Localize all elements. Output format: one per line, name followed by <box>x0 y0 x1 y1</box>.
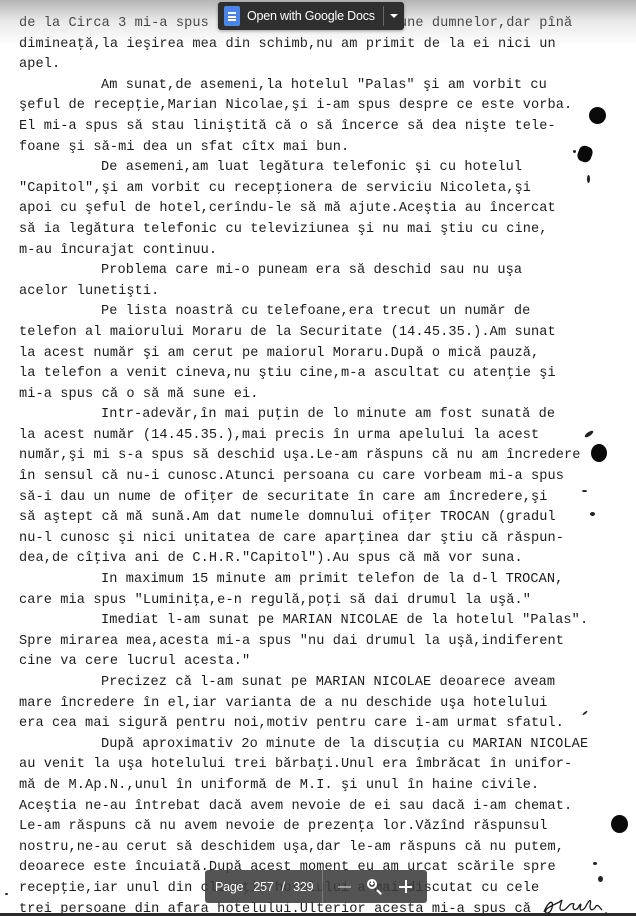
zoom-controls <box>323 870 427 903</box>
minus-icon <box>338 886 351 888</box>
text-line: apel. <box>19 55 609 76</box>
text-line: El mi-a spus să stau liniştită că o să î… <box>19 117 609 138</box>
ink-speck <box>593 862 597 865</box>
page-label: Page <box>215 880 243 894</box>
total-pages: 329 <box>293 880 313 894</box>
open-with-google-docs-button[interactable]: Open with Google Docs <box>218 2 383 30</box>
zoom-out-button[interactable] <box>333 876 355 898</box>
text-line: "Capitol",şi am vorbit cu recepţionera d… <box>19 179 609 200</box>
text-line: Spre mirarea mea,acesta mi-a spus "nu da… <box>19 632 609 653</box>
text-line: să aştept că mă sună.Am dat numele domnu… <box>19 508 609 529</box>
text-line: După aproximativ 2o minute de la discuţi… <box>19 735 609 756</box>
text-line: Precizez că l-am sunat pe MARIAN NICOLAE… <box>19 673 609 694</box>
text-line: au venit la uşa hotelului trei bărbaţi.U… <box>19 755 609 776</box>
text-line: mi-a spus că o să mă sune ei. <box>19 385 609 406</box>
text-line: foane şi să-mi dea un sfat cîtx mai bun. <box>19 138 609 159</box>
text-line: să-i dau un nume de ofiţer de securitate… <box>19 488 609 509</box>
page-indicator: Page 257 / 329 <box>205 870 322 903</box>
text-line: apoi cu şeful de hotel,cerîndu-le să mă … <box>19 199 609 220</box>
document-page: de la Circa 3 mi-a spus să aştept,că o s… <box>0 0 636 913</box>
text-line: în sensul că nu-i cunosc.Atunci persoana… <box>19 467 609 488</box>
text-line: la acest număr (14.45.35.),mai precis în… <box>19 426 609 447</box>
text-line: dea,de cîţiva ani de C.H.R."Capitol").Au… <box>19 549 609 570</box>
caret-down-icon <box>390 14 398 18</box>
text-line: la telefon a venit cineva,nu ştiu cine,m… <box>19 364 609 385</box>
text-line: era cea mai sigură pentru noi,motiv pent… <box>19 714 609 735</box>
text-line: mare încredere în el,iar varianta de a n… <box>19 694 609 715</box>
text-line: număr,şi mi s-a spus să deschid uşa.Le-a… <box>19 446 609 467</box>
text-line: telefon al maiorului Moraru de la Securi… <box>19 323 609 344</box>
ink-speck <box>582 490 587 492</box>
text-line: Intr-adevăr,în mai puţin de lo minute am… <box>19 405 609 426</box>
ink-speck <box>573 150 576 153</box>
text-line: la acest număr şi am cerut pe maiorul Mo… <box>19 344 609 365</box>
ink-speck <box>590 512 595 516</box>
text-line: nostru,ne-au cerut să deschidem uşa,dar … <box>19 838 609 859</box>
pdf-viewer: de la Circa 3 mi-a spus să aştept,că o s… <box>0 0 636 916</box>
text-line: m-au încurajat continuu. <box>19 241 609 262</box>
text-line: Imediat l-am sunat pe MARIAN NICOLAE de … <box>19 611 609 632</box>
text-line: Le-am răspuns că nu avem nevoie de preze… <box>19 817 609 838</box>
text-line: cine va cere lucrul acesta." <box>19 652 609 673</box>
current-page-input[interactable]: 257 <box>253 880 273 894</box>
magnifier-icon <box>364 876 386 898</box>
ink-blot <box>611 815 628 833</box>
text-line: dimineaţă,la ieşirea mea din schimb,nu a… <box>19 35 609 56</box>
ink-blot <box>591 444 607 462</box>
text-line: Problema care mi-o puneam era să deschid… <box>19 261 609 282</box>
plus-icon <box>399 880 412 893</box>
typewritten-text: de la Circa 3 mi-a spus să aştept,că o s… <box>19 14 609 916</box>
text-line: acelor lunetişti. <box>19 282 609 303</box>
text-line: De asemeni,am luat legătura telefonic şi… <box>19 158 609 179</box>
open-with-dropdown-button[interactable] <box>384 2 404 30</box>
text-line: nu-l cunosc şi nici unitatea de care apa… <box>19 529 609 550</box>
page-separator: / <box>282 880 285 894</box>
text-line: Am sunat,de asemeni,la hotelul "Palas" ş… <box>19 76 609 97</box>
ink-blot <box>589 107 606 124</box>
text-line: şeful de recepţie,Marian Nicolae,şi i-am… <box>19 96 609 117</box>
text-line: care mia spus "Luminiţa,e-n regulă,poţi … <box>19 591 609 612</box>
open-with-label: Open with Google Docs <box>247 9 375 23</box>
text-line: Aceştia ne-au întrebat dacă avem nevoie … <box>19 797 609 818</box>
ink-speck <box>598 876 603 882</box>
text-line: mă de M.Ap.N.,unul în uniformă de M.I. ş… <box>19 776 609 797</box>
open-with-google-docs: Open with Google Docs <box>218 2 404 30</box>
text-line: In maximum 15 minute am primit telefon d… <box>19 570 609 591</box>
text-line: să ia legătura telefonic cu televiziunea… <box>19 220 609 241</box>
google-docs-icon <box>224 6 240 26</box>
ink-speck <box>5 893 8 895</box>
page-navigation-bar: Page 257 / 329 <box>205 870 427 903</box>
ink-speck <box>587 175 590 183</box>
zoom-fit-button[interactable] <box>364 876 386 898</box>
handwritten-signature <box>540 888 610 916</box>
text-line: Pe lista noastră cu telefoane,era trecut… <box>19 302 609 323</box>
zoom-in-button[interactable] <box>395 876 417 898</box>
